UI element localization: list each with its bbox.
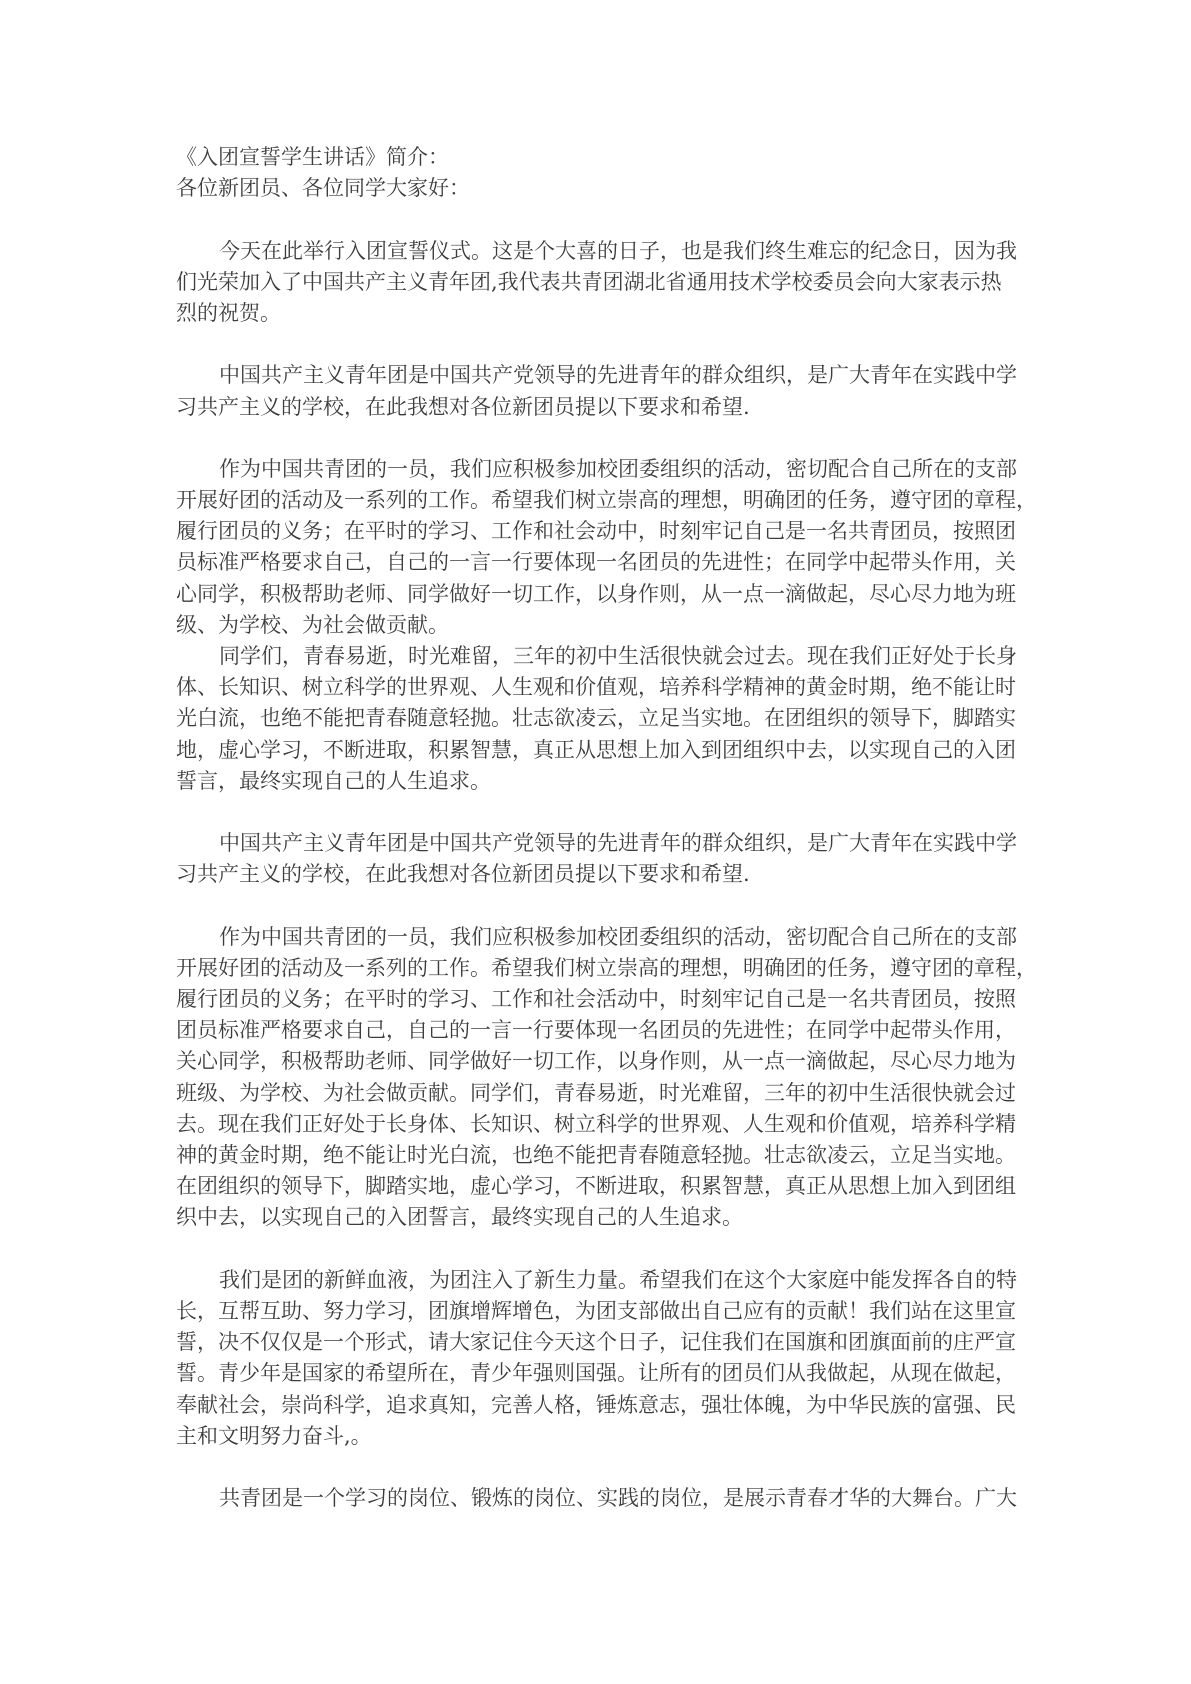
text-line: 神的黄金时期，绝不能让时光白流，也绝不能把青春随意轻抛。壮志欲凌云，立足当实地。: [176, 1140, 1041, 1171]
text-line: 履行团员的义务；在平时的学习、工作和社会活动中，时刻牢记自己是一名共青团员，按照: [176, 984, 1041, 1015]
text-line: 我们是团的新鲜血液，为团注入了新生力量。希望我们在这个大家庭中能发挥各自的特: [176, 1265, 1041, 1296]
text-line: 光白流，也绝不能把青春随意轻抛。壮志欲凌云，立足当实地。在团组织的领导下，脚踏实: [176, 703, 1041, 734]
text-line: 今天在此举行入团宣誓仪式。这是个大喜的日子，也是我们终生难忘的纪念日，因为我: [176, 236, 1041, 267]
text-line: 誓，决不仅仅是一个形式，请大家记住今天这个日子，记住我们在国旗和团旗面前的庄严宣: [176, 1327, 1041, 1358]
text-line: 作为中国共青团的一员，我们应积极参加校团委组织的活动，密切配合自己所在的支部: [176, 454, 1041, 485]
text-line: 地，虚心学习，不断进取，积累智慧，真正从思想上加入到团组织中去，以实现自己的入团: [176, 735, 1041, 766]
text-line: 奉献社会，崇尚科学，追求真知，完善人格，锤炼意志，强壮体魄，为中华民族的富强、民: [176, 1390, 1041, 1421]
document-body: 《入团宣誓学生讲话》简介：各位新团员、各位同学大家好：今天在此举行入团宣誓仪式。…: [176, 142, 1041, 1514]
text-line: 作为中国共青团的一员，我们应积极参加校团委组织的活动，密切配合自己所在的支部: [176, 922, 1041, 953]
blank-line: [176, 1452, 1041, 1483]
text-line: 履行团员的义务；在平时的学习、工作和社会动中，时刻牢记自己是一名共青团员，按照团: [176, 516, 1041, 547]
text-line: 中国共产主义青年团是中国共产党领导的先进青年的群众组织，是广大青年在实践中学: [176, 360, 1041, 391]
text-line: 同学们，青春易逝，时光难留，三年的初中生活很快就会过去。现在我们正好处于长身: [176, 641, 1041, 672]
text-line: 主和文明努力奋斗,。: [176, 1421, 1041, 1452]
text-line: 烈的祝贺。: [176, 298, 1041, 329]
text-line: 团员标准严格要求自己，自己的一言一行要体现一名团员的先进性；在同学中起带头作用，: [176, 1015, 1041, 1046]
text-line: 开展好团的活动及一系列的工作。希望我们树立崇高的理想，明确团的任务，遵守团的章程…: [176, 953, 1041, 984]
text-line: 誓言，最终实现自己的人生追求。: [176, 766, 1041, 797]
text-line: 长，互帮互助、努力学习，团旗增辉增色，为团支部做出自己应有的贡献！我们站在这里宣: [176, 1296, 1041, 1327]
text-line: 开展好团的活动及一系列的工作。希望我们树立崇高的理想，明确团的任务，遵守团的章程…: [176, 485, 1041, 516]
text-line: 织中去，以实现自己的入团誓言，最终实现自己的人生追求。: [176, 1202, 1041, 1233]
greeting-line: 各位新团员、各位同学大家好：: [176, 173, 1041, 204]
text-line: 们光荣加入了中国共产主义青年团,我代表共青团湖北省通用技术学校委员会向大家表示热: [176, 267, 1041, 298]
text-line: 共青团是一个学习的岗位、锻炼的岗位、实践的岗位，是展示青春才华的大舞台。广大: [176, 1483, 1041, 1514]
text-line: 体、长知识、树立科学的世界观、人生观和价值观，培养科学精神的黄金时期，绝不能让时: [176, 672, 1041, 703]
blank-line: [176, 329, 1041, 360]
text-line: 中国共产主义青年团是中国共产党领导的先进青年的群众组织，是广大青年在实践中学: [176, 828, 1041, 859]
text-line: 员标准严格要求自己，自己的一言一行要体现一名团员的先进性；在同学中起带头作用，关: [176, 547, 1041, 578]
text-line: 级、为学校、为社会做贡献。: [176, 610, 1041, 641]
document-page: 《入团宣誓学生讲话》简介：各位新团员、各位同学大家好：今天在此举行入团宣誓仪式。…: [0, 0, 1191, 1684]
blank-line: [176, 423, 1041, 454]
blank-line: [176, 797, 1041, 828]
text-line: 心同学，积极帮助老师、同学做好一切工作，以身作则，从一点一滴做起，尽心尽力地为班: [176, 579, 1041, 610]
blank-line: [176, 204, 1041, 235]
text-line: 关心同学，积极帮助老师、同学做好一切工作，以身作则，从一点一滴做起，尽心尽力地为: [176, 1046, 1041, 1077]
text-line: 班级、为学校、为社会做贡献。同学们，青春易逝，时光难留，三年的初中生活很快就会过: [176, 1078, 1041, 1109]
text-line: 在团组织的领导下，脚踏实地，虚心学习，不断进取，积累智慧，真正从思想上加入到团组: [176, 1171, 1041, 1202]
text-line: 习共产主义的学校，在此我想对各位新团员提以下要求和希望.: [176, 859, 1041, 890]
text-line: 习共产主义的学校，在此我想对各位新团员提以下要求和希望.: [176, 392, 1041, 423]
blank-line: [176, 891, 1041, 922]
blank-line: [176, 1234, 1041, 1265]
document-title-line: 《入团宣誓学生讲话》简介：: [176, 142, 1041, 173]
text-line: 去。现在我们正好处于长身体、长知识、树立科学的世界观、人生观和价值观，培养科学精: [176, 1109, 1041, 1140]
text-line: 誓。青少年是国家的希望所在，青少年强则国强。让所有的团员们从我做起，从现在做起，: [176, 1358, 1041, 1389]
